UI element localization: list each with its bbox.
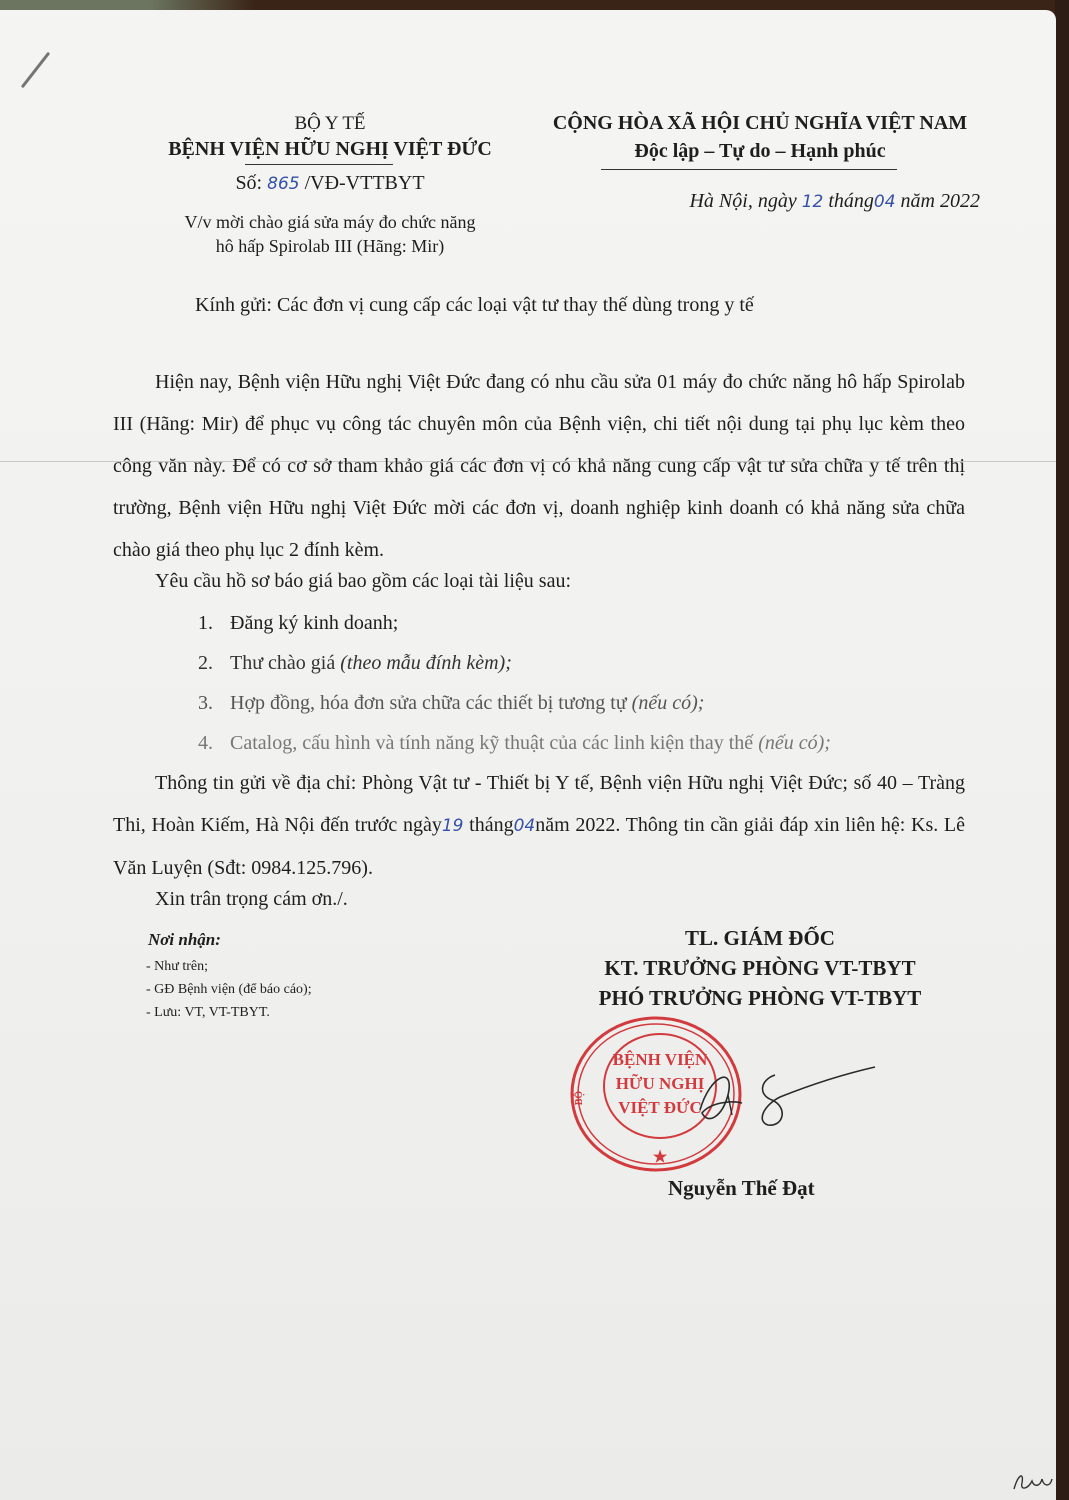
signature-title-3: PHÓ TRƯỞNG PHÒNG VT-TBYT <box>550 986 970 1011</box>
item-text: Hợp đồng, hóa đơn sửa chữa các thiết bị … <box>230 692 632 714</box>
republic-title: CỘNG HÒA XÃ HỘI CHỦ NGHĨA VIỆT NAM <box>520 112 1000 135</box>
deadline-day-handwritten: 19 <box>442 816 464 836</box>
date-month-handwritten: 04 <box>874 192 896 212</box>
deadline-month-handwritten: 04 <box>514 816 536 836</box>
requirement-item: 1.Đăng ký kinh doanh; <box>198 612 398 635</box>
recipient-item: - GĐ Bệnh viện (để báo cáo); <box>146 982 312 998</box>
item-note: (theo mẫu đính kèm); <box>340 652 512 674</box>
ministry-name: BỘ Y TẾ <box>130 113 530 135</box>
recipient-line: Kính gửi: Các đơn vị cung cấp các loại v… <box>195 294 754 317</box>
item-text: Thư chào giá <box>230 652 340 674</box>
date-year: năm 2022 <box>901 190 980 212</box>
body-paragraph-1: Hiện nay, Bệnh viện Hữu nghị Việt Đức đa… <box>113 361 965 571</box>
background-desk-right <box>1055 0 1069 1500</box>
item-number: 4. <box>198 732 230 755</box>
hospital-name: BỆNH VIỆN HỮU NGHỊ VIỆT ĐỨC <box>130 138 530 161</box>
handwritten-initials <box>1010 1465 1056 1495</box>
date-prefix: Hà Nội, ngày <box>689 190 796 212</box>
doc-no-handwritten: 865 <box>267 174 299 194</box>
national-motto: Độc lập – Tự do – Hạnh phúc <box>520 140 1000 163</box>
signature-title-1: TL. GIÁM ĐỐC <box>550 926 970 951</box>
requirement-item: 3.Hợp đồng, hóa đơn sửa chữa các thiết b… <box>198 692 704 715</box>
hospital-underline <box>245 164 393 165</box>
motto-underline <box>601 169 897 170</box>
item-note: (nếu có); <box>632 692 705 714</box>
item-note: (nếu có); <box>758 732 831 754</box>
closing-thanks: Xin trân trọng cám ơn./. <box>155 888 348 911</box>
body-paragraph-2: Thông tin gửi về địa chỉ: Phòng Vật tư -… <box>113 762 965 889</box>
item-number: 2. <box>198 652 230 675</box>
date-line: Hà Nội, ngày 12 tháng04 năm 2022 <box>620 190 980 213</box>
item-text: Catalog, cấu hình và tính năng kỹ thuật … <box>230 732 758 754</box>
stamp-star-icon: ★ <box>653 1149 668 1166</box>
doc-no-suffix: /VĐ-VTTBYT <box>305 172 425 194</box>
doc-no-label: Số: <box>235 172 262 194</box>
subject-line-1: V/v mời chào giá sửa máy đo chức năng <box>130 212 530 233</box>
item-number: 1. <box>198 612 230 635</box>
item-number: 3. <box>198 692 230 715</box>
recipient-item: - Như trên; <box>146 959 208 975</box>
item-text: Đăng ký kinh doanh; <box>230 612 398 634</box>
subject-line-2: hô hấp Spirolab III (Hãng: Mir) <box>130 236 530 257</box>
signature-title-2: KT. TRƯỞNG PHÒNG VT-TBYT <box>550 956 970 981</box>
stamp-left-mark: BỘ <box>572 1091 585 1106</box>
date-day-handwritten: 12 <box>802 192 824 212</box>
date-month-label: tháng <box>828 190 874 212</box>
signer-name: Nguyễn Thế Đạt <box>668 1176 815 1201</box>
requirement-item: 4.Catalog, cấu hình và tính năng kỹ thuậ… <box>198 732 831 755</box>
document-number: Số: 865 /VĐ-VTTBYT <box>130 172 530 195</box>
deadline-month-label: tháng <box>469 814 513 836</box>
document-page <box>0 10 1056 1500</box>
requirements-title: Yêu cầu hồ sơ báo giá bao gồm các loại t… <box>155 570 571 593</box>
recipients-title: Nơi nhận: <box>148 930 221 950</box>
requirement-item: 2.Thư chào giá (theo mẫu đính kèm); <box>198 652 512 675</box>
handwritten-signature <box>680 1055 880 1135</box>
recipient-item: - Lưu: VT, VT-TBYT. <box>146 1005 270 1021</box>
